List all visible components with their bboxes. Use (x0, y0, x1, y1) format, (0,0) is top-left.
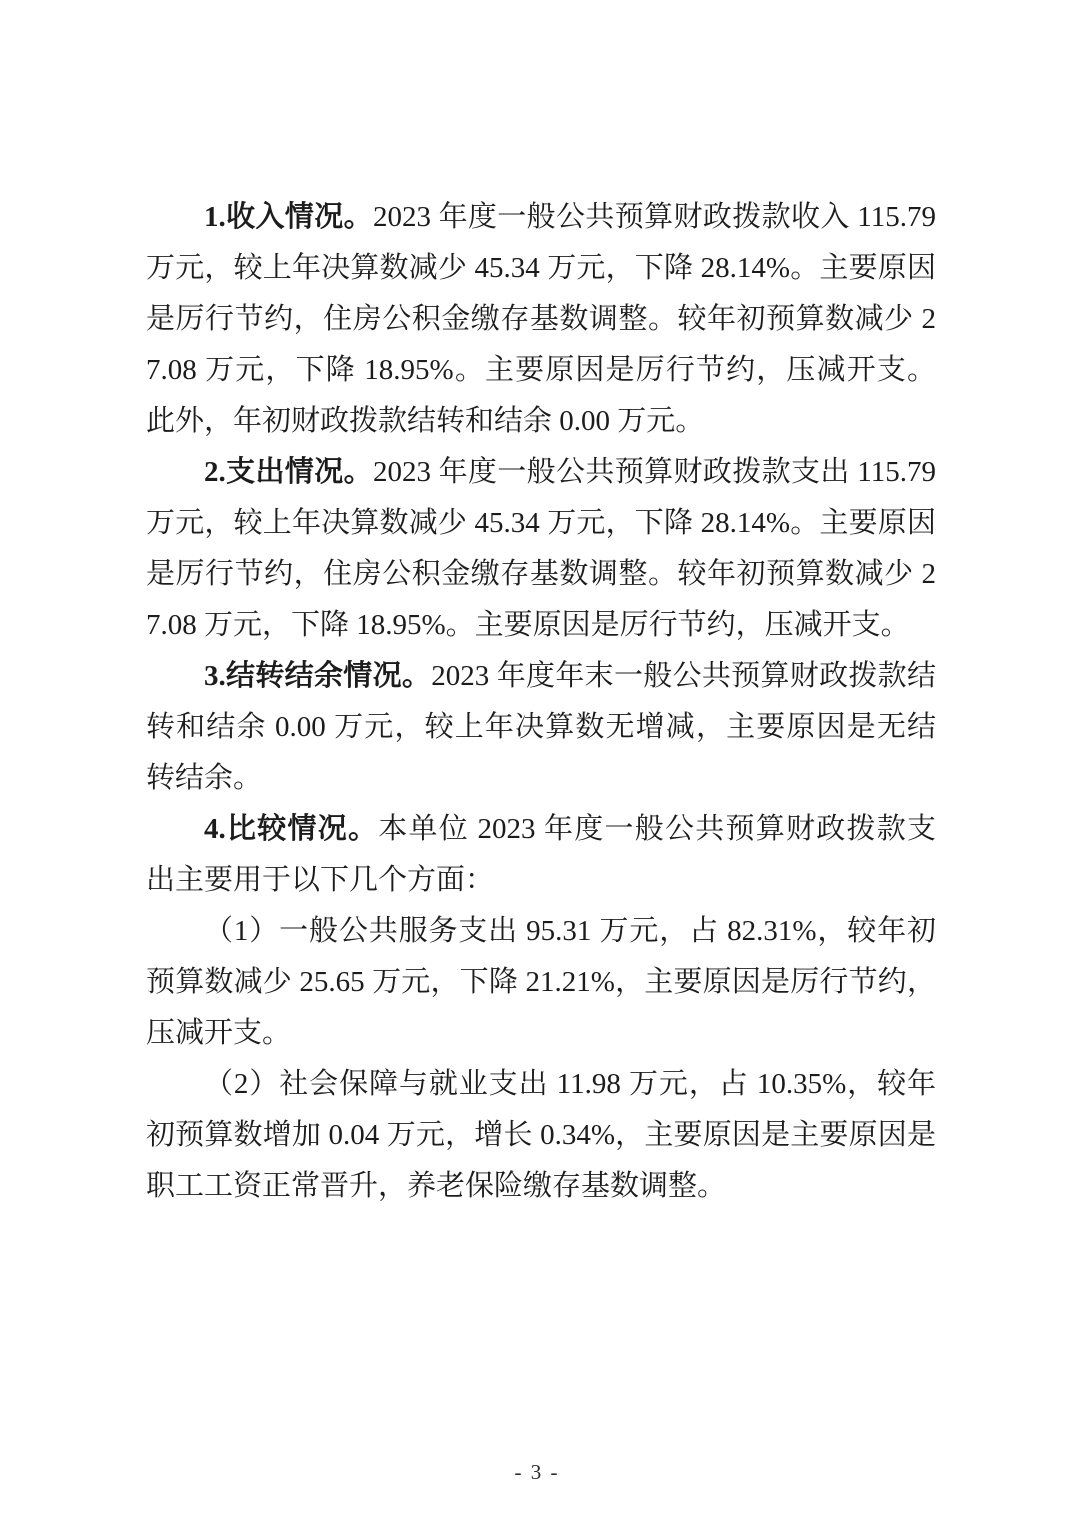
paragraph-item-1-text: （1）一般公共服务支出 95.31 万元，占 82.31%，较年初预算数减少 2… (146, 915, 936, 1049)
paragraph-comparison: 4.比较情况。本单位 2023 年度一般公共预算财政拨款支出主要用于以下几个方面… (146, 804, 936, 906)
paragraph-item-2: （2）社会保障与就业支出 11.98 万元，占 10.35%，较年初预算数增加 … (146, 1059, 936, 1212)
paragraph-comparison-heading: 4.比较情况。 (204, 813, 378, 845)
paragraph-income-text: 2023 年度一般公共预算财政拨款收入 115.79 万元，较上年决算数减少 4… (146, 201, 936, 437)
page-number: - 3 - (515, 1460, 560, 1484)
paragraph-income: 1.收入情况。2023 年度一般公共预算财政拨款收入 115.79 万元，较上年… (146, 192, 936, 447)
paragraph-expenditure-heading: 2.支出情况。 (204, 456, 373, 488)
paragraph-carryover-heading: 3.结转结余情况。 (204, 660, 431, 692)
paragraph-income-heading: 1.收入情况。 (204, 201, 373, 233)
document-body: 1.收入情况。2023 年度一般公共预算财政拨款收入 115.79 万元，较上年… (146, 192, 936, 1212)
paragraph-item-1: （1）一般公共服务支出 95.31 万元，占 82.31%，较年初预算数减少 2… (146, 906, 936, 1059)
paragraph-expenditure: 2.支出情况。2023 年度一般公共预算财政拨款支出 115.79 万元，较上年… (146, 447, 936, 651)
document-page: 1.收入情况。2023 年度一般公共预算财政拨款收入 115.79 万元，较上年… (0, 0, 1074, 1520)
paragraph-item-2-text: （2）社会保障与就业支出 11.98 万元，占 10.35%，较年初预算数增加 … (146, 1068, 936, 1202)
page-footer: - 3 - (0, 1458, 1074, 1486)
paragraph-carryover: 3.结转结余情况。2023 年度年末一般公共预算财政拨款结转和结余 0.00 万… (146, 651, 936, 804)
